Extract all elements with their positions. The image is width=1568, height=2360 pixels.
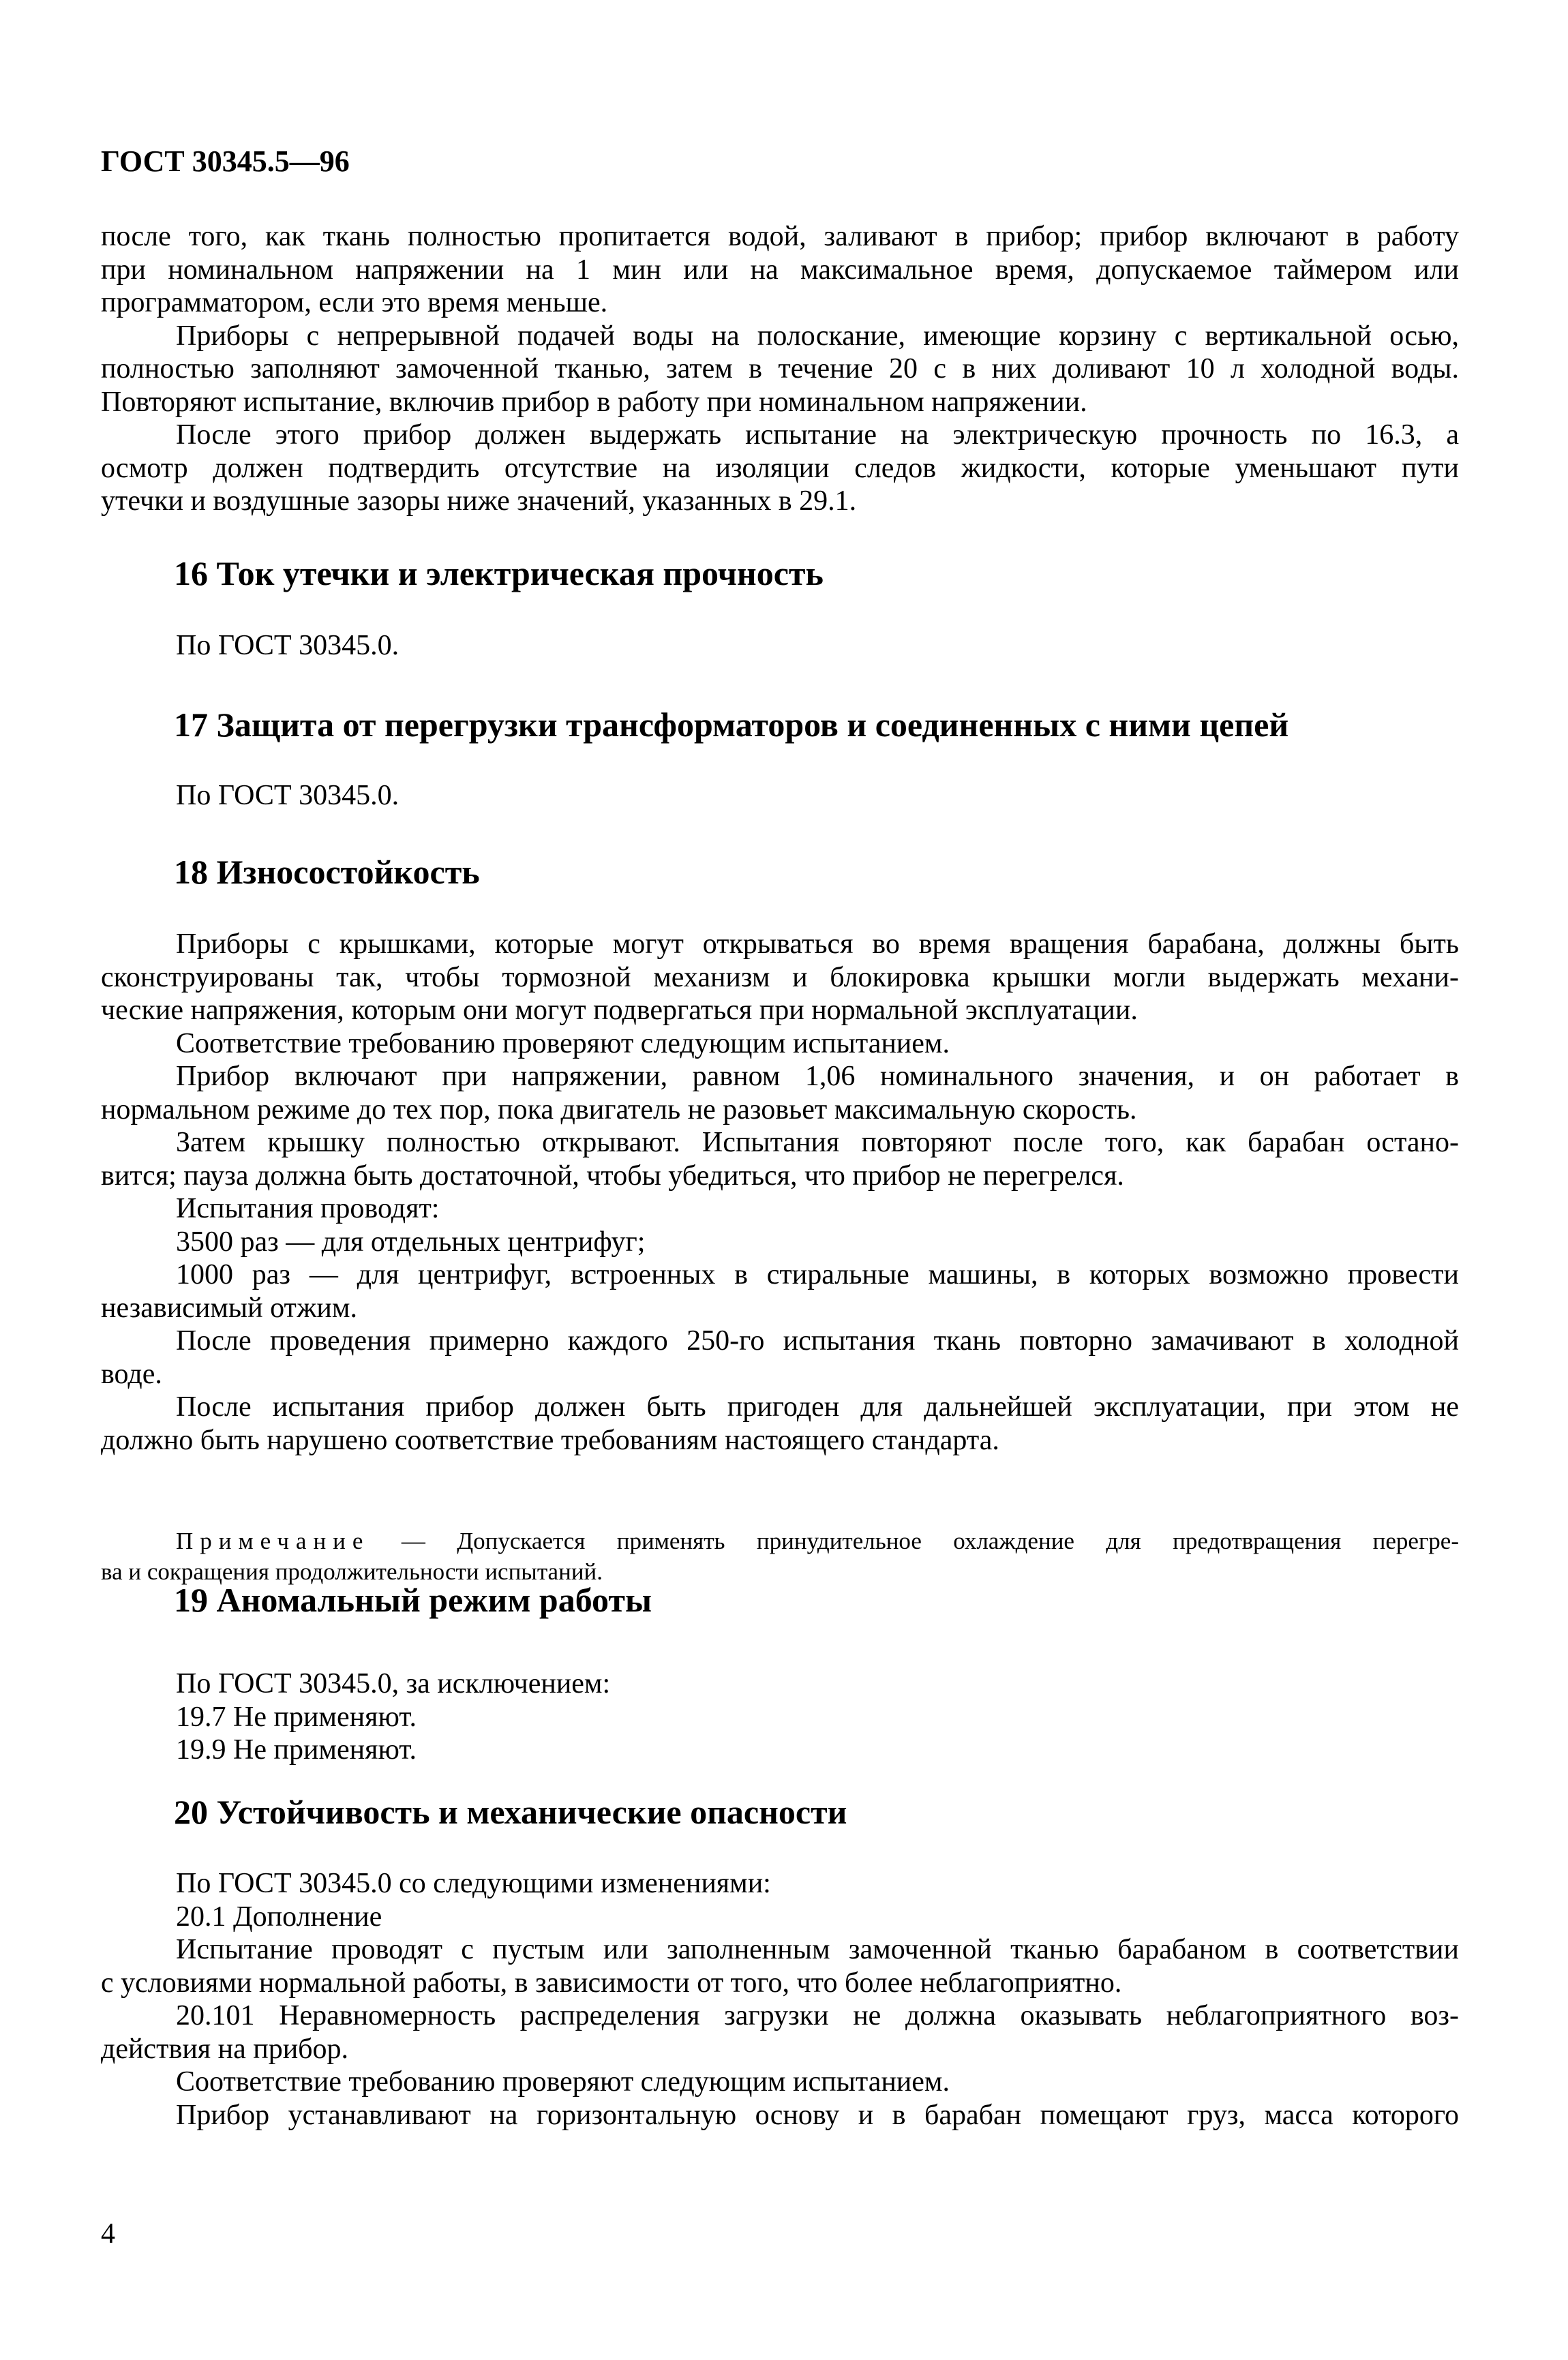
text-line: По ГОСТ 30345.0. — [101, 779, 1459, 813]
text-line: Соответствие требованию проверяют следую… — [101, 2066, 1459, 2099]
section-16-heading: 16 Ток утечки и электрическая прочность — [174, 554, 1459, 592]
section-19-heading: 19 Аномальный режим работы — [174, 1581, 1459, 1619]
section-18-body: Приборы с крышками, которые могут открыв… — [101, 928, 1459, 1457]
text-line: После проведения примерно каждого 250-го… — [101, 1325, 1459, 1358]
text-line: Приборы с непрерывной подачей воды на по… — [101, 320, 1459, 353]
text-line: После испытания прибор должен быть приго… — [101, 1391, 1459, 1424]
text-line: 1000 раз — для центрифуг, встроенных в с… — [101, 1258, 1459, 1292]
text-line: должно быть нарушено соответствие требов… — [101, 1424, 1459, 1457]
text-line: утечки и воздушные зазоры ниже значений,… — [101, 485, 1459, 518]
text-line: сконструированы так, чтобы тормозной мех… — [101, 961, 1459, 995]
section-17-heading: 17 Защита от перегрузки трансформаторов … — [174, 706, 1459, 744]
text-line: 19.7 Не применяют. — [101, 1701, 1459, 1734]
text-line: действия на прибор. — [101, 2033, 1459, 2066]
text-line: осмотр должен подтвердить отсутствие на … — [101, 452, 1459, 485]
text-line: Приборы с крышками, которые могут открыв… — [101, 928, 1459, 961]
text-line: Затем крышку полностью открывают. Испыта… — [101, 1126, 1459, 1160]
text-line: Прибор устанавливают на горизонтальную о… — [101, 2099, 1459, 2132]
text-line: при номинальном напряжении на 1 мин или … — [101, 254, 1459, 287]
text-line: По ГОСТ 30345.0 со следующими изменениям… — [101, 1867, 1459, 1901]
text-line: Соответствие требованию проверяют следую… — [101, 1027, 1459, 1061]
text-line: 3500 раз — для отдельных центрифуг; — [101, 1226, 1459, 1259]
text-line: 20.1 Дополнение — [101, 1901, 1459, 1934]
text-line: независимый отжим. — [101, 1292, 1459, 1325]
text-line: полностью заполняют замоченной тканью, з… — [101, 352, 1459, 386]
text-line: воде. — [101, 1358, 1459, 1391]
note-text: — Допускается применять принудительное о… — [370, 1528, 1459, 1554]
page-header: ГОСТ 30345.5—96 — [101, 144, 1459, 179]
note-line-1: Примечание — Допускается применять прину… — [101, 1526, 1459, 1556]
text-line: Повторяют испытание, включив прибор в ра… — [101, 386, 1459, 419]
section-19-body: По ГОСТ 30345.0, за исключением: 19.7 Не… — [101, 1667, 1459, 1767]
text-line: вится; пауза должна быть достаточной, чт… — [101, 1160, 1459, 1193]
text-line: Испытание проводят с пустым или заполнен… — [101, 1933, 1459, 1967]
text-line: По ГОСТ 30345.0. — [101, 629, 1459, 663]
text-line: По ГОСТ 30345.0, за исключением: — [101, 1667, 1459, 1701]
text-line: после того, как ткань полностью пропитае… — [101, 220, 1459, 254]
note-label: Примечание — [176, 1528, 370, 1554]
section-18-heading: 18 Износостойкость — [174, 853, 1459, 891]
text-line: После этого прибор должен выдержать испы… — [101, 419, 1459, 452]
text-line: 19.9 Не применяют. — [101, 1734, 1459, 1767]
text-line: нормальном режиме до тех пор, пока двига… — [101, 1093, 1459, 1127]
intro-paragraphs: после того, как ткань полностью пропитае… — [101, 220, 1459, 518]
section-18-note: Примечание — Допускается применять прину… — [101, 1526, 1459, 1587]
section-20-heading: 20 Устойчивость и механические опасности — [174, 1793, 1459, 1831]
section-16-body: По ГОСТ 30345.0. — [101, 629, 1459, 663]
section-17-body: По ГОСТ 30345.0. — [101, 779, 1459, 813]
section-20-body: По ГОСТ 30345.0 со следующими изменениям… — [101, 1867, 1459, 2132]
text-line: с условиями нормальной работы, в зависим… — [101, 1967, 1459, 2000]
text-line: программатором, если это время меньше. — [101, 286, 1459, 320]
text-line: Прибор включают при напряжении, равном 1… — [101, 1060, 1459, 1093]
text-line: 20.101 Неравномерность распределения заг… — [101, 1999, 1459, 2033]
text-line: ческие напряжения, которым они могут под… — [101, 994, 1459, 1027]
text-line: Испытания проводят: — [101, 1192, 1459, 1226]
page-number: 4 — [101, 2218, 1459, 2250]
